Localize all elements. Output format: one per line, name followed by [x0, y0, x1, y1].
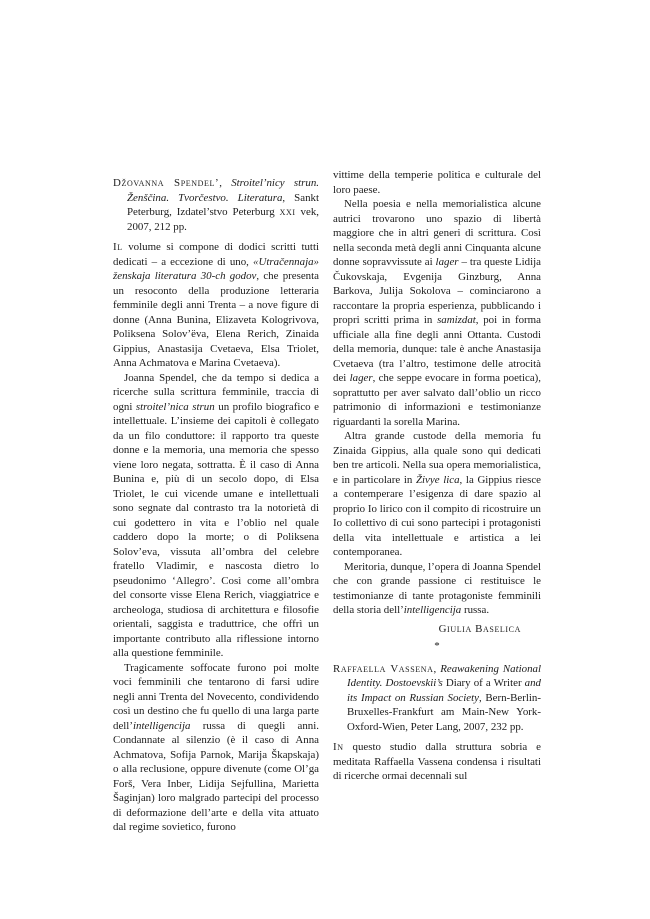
review-vassena-citation: Raffaella Vassena, Reawakening National …	[333, 662, 541, 735]
text-run: intelligencija	[404, 604, 461, 616]
text-run: questo studio dalla struttura sobria e m…	[333, 741, 541, 782]
text-run: , la Gippius riesce a contemperare l’esi…	[333, 474, 541, 559]
review-spendel-paragraph-5: Altra grande custode della memoria fu Zi…	[333, 429, 541, 560]
text-run: xxi	[280, 206, 296, 218]
left-column: Džovanna Spendel’, Stroitel’nicy strun. …	[113, 176, 319, 835]
text-run: Diary of a Writer	[446, 677, 522, 689]
review-spendel-paragraph-2: Joanna Spendel, che da tempo si dedica a…	[113, 371, 319, 661]
text-run: samizdat	[437, 314, 476, 326]
text-run: stroitel’nica strun	[136, 401, 215, 413]
text-run: Džovanna Spendel’	[113, 177, 219, 189]
review-separator-asterisk: *	[333, 639, 541, 654]
review-spendel-paragraph-6: Meritoria, dunque, l’opera di Joanna Spe…	[333, 560, 541, 618]
text-run: In	[333, 741, 344, 753]
text-run: , che presenta un resoconto della produz…	[113, 270, 319, 369]
review-spendel-paragraph-1: Il volume si compone di dodici scritti t…	[113, 240, 319, 371]
review-spendel-paragraph-3-continued: vittime della temperie politica e cultur…	[333, 168, 541, 197]
right-column: vittime della temperie politica e cultur…	[333, 168, 541, 784]
text-run: Raffaella Vassena	[333, 663, 434, 675]
text-run: vittime della temperie politica e cultur…	[333, 169, 541, 196]
text-run: ,	[219, 177, 231, 189]
text-run: russa.	[461, 604, 489, 616]
text-run: intelligencija	[133, 720, 190, 732]
text-run: Živye lica	[416, 474, 460, 486]
scanned-journal-page: Džovanna Spendel’, Stroitel’nicy strun. …	[0, 0, 650, 919]
text-run: Il	[113, 241, 123, 253]
review-spendel-citation: Džovanna Spendel’, Stroitel’nicy strun. …	[113, 176, 319, 234]
text-run: lager	[350, 372, 373, 384]
text-run: Giulia Baselica	[439, 623, 521, 635]
text-run: russa di quegli anni. Condannate al sile…	[113, 720, 319, 834]
text-run: un profilo biografico e intellettuale. L…	[113, 401, 319, 660]
reviewer-signature: Giulia Baselica	[333, 622, 541, 637]
review-spendel-paragraph-4: Nella poesia e nella memorialistica alcu…	[333, 197, 541, 429]
review-spendel-paragraph-3: Tragicamente soffocate furono poi molte …	[113, 661, 319, 835]
text-run: lager	[436, 256, 459, 268]
review-vassena-paragraph-1: In questo studio dalla struttura sobria …	[333, 740, 541, 784]
